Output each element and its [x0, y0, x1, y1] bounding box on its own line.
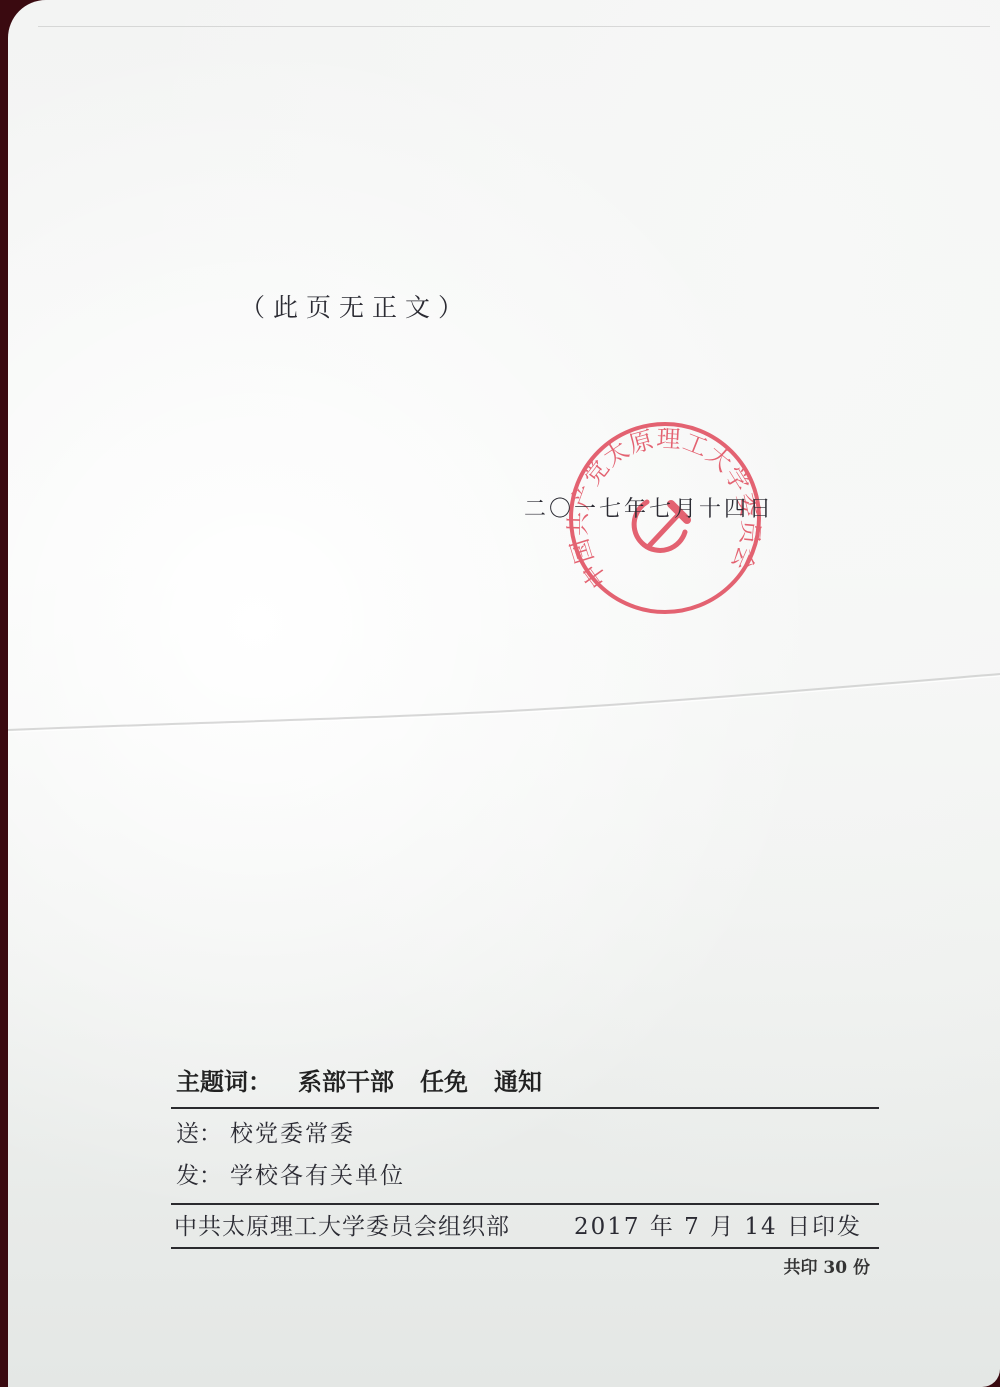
distribution-issue: 发：学校各有关单位	[176, 1157, 405, 1190]
distribution-value: 校党委常委	[230, 1121, 355, 1147]
keyword: 任免	[420, 1068, 468, 1096]
issuing-office: 中共太原理工大学委员会组织部	[174, 1208, 510, 1241]
distribution-label: 发：	[176, 1163, 222, 1189]
document-page: （此页无正文） 中国共产党太原理工大学委员会 二〇一七年七月十四日 主题词：系部…	[8, 0, 1000, 1387]
paper-crease	[38, 26, 990, 27]
signing-date: 二〇一七年七月十四日	[524, 492, 774, 523]
divider	[171, 1107, 879, 1109]
distribution-send: 送：校党委常委	[176, 1115, 355, 1148]
copy-count: 共印 30 份	[784, 1253, 871, 1278]
keyword: 系部干部	[298, 1068, 394, 1096]
keyword: 通知	[494, 1068, 542, 1096]
divider	[171, 1247, 879, 1249]
issue-date: 2017 年 7 月 14 日印发	[574, 1208, 862, 1241]
no-body-note: （此页无正文）	[240, 288, 471, 324]
divider	[171, 1203, 879, 1205]
distribution-value: 学校各有关单位	[230, 1163, 405, 1189]
keywords-label: 主题词：	[176, 1068, 272, 1096]
distribution-label: 送：	[176, 1121, 222, 1147]
subject-keywords: 主题词：系部干部任免通知	[176, 1062, 542, 1097]
fold-crease	[8, 660, 1000, 740]
